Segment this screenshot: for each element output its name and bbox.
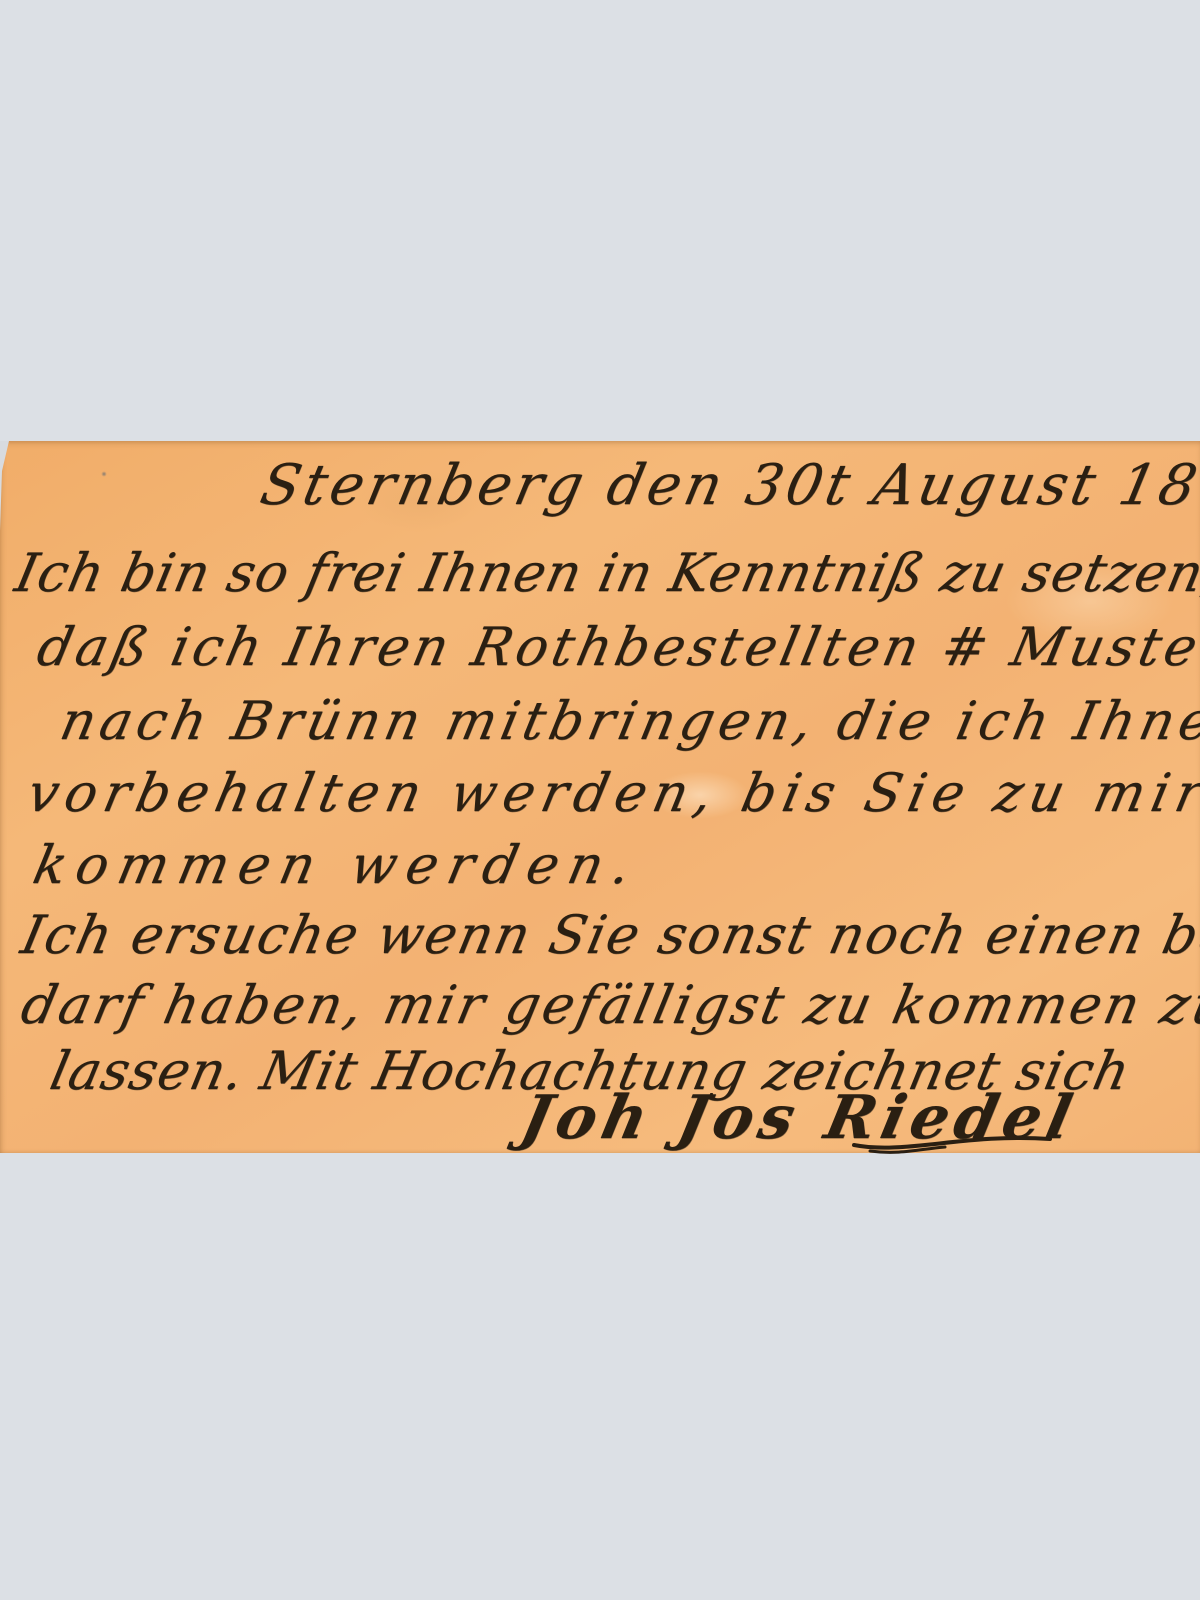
handwriting-line-7: darf haben, mir gefälligst zu kommen zu bbox=[16, 975, 1200, 1036]
handwriting-line-1: Ich bin so frei Ihnen in Kenntniß zu set… bbox=[10, 543, 1200, 604]
postcard: Sternberg den 30t August 1878. Ich bin s… bbox=[0, 441, 1200, 1153]
handwriting-line-2: daß ich Ihren Rothbestellten # Muster bbox=[32, 617, 1200, 678]
handwriting-line-3: nach Brünn mitbringen, die ich Ihnen bbox=[55, 691, 1200, 752]
card-corner-notch bbox=[0, 441, 10, 531]
handwriting-line-4: vorbehalten werden, bis Sie zu mir bbox=[22, 763, 1200, 824]
handwriting-line-6: Ich ersuche wenn Sie sonst noch einen be… bbox=[16, 905, 1200, 966]
handwriting-line-5: kommen werden. bbox=[28, 835, 646, 896]
dateline: Sternberg den 30t August 1878. bbox=[255, 453, 1200, 518]
signature-flourish bbox=[850, 1129, 1060, 1155]
scan-background: Sternberg den 30t August 1878. Ich bin s… bbox=[0, 0, 1200, 1600]
